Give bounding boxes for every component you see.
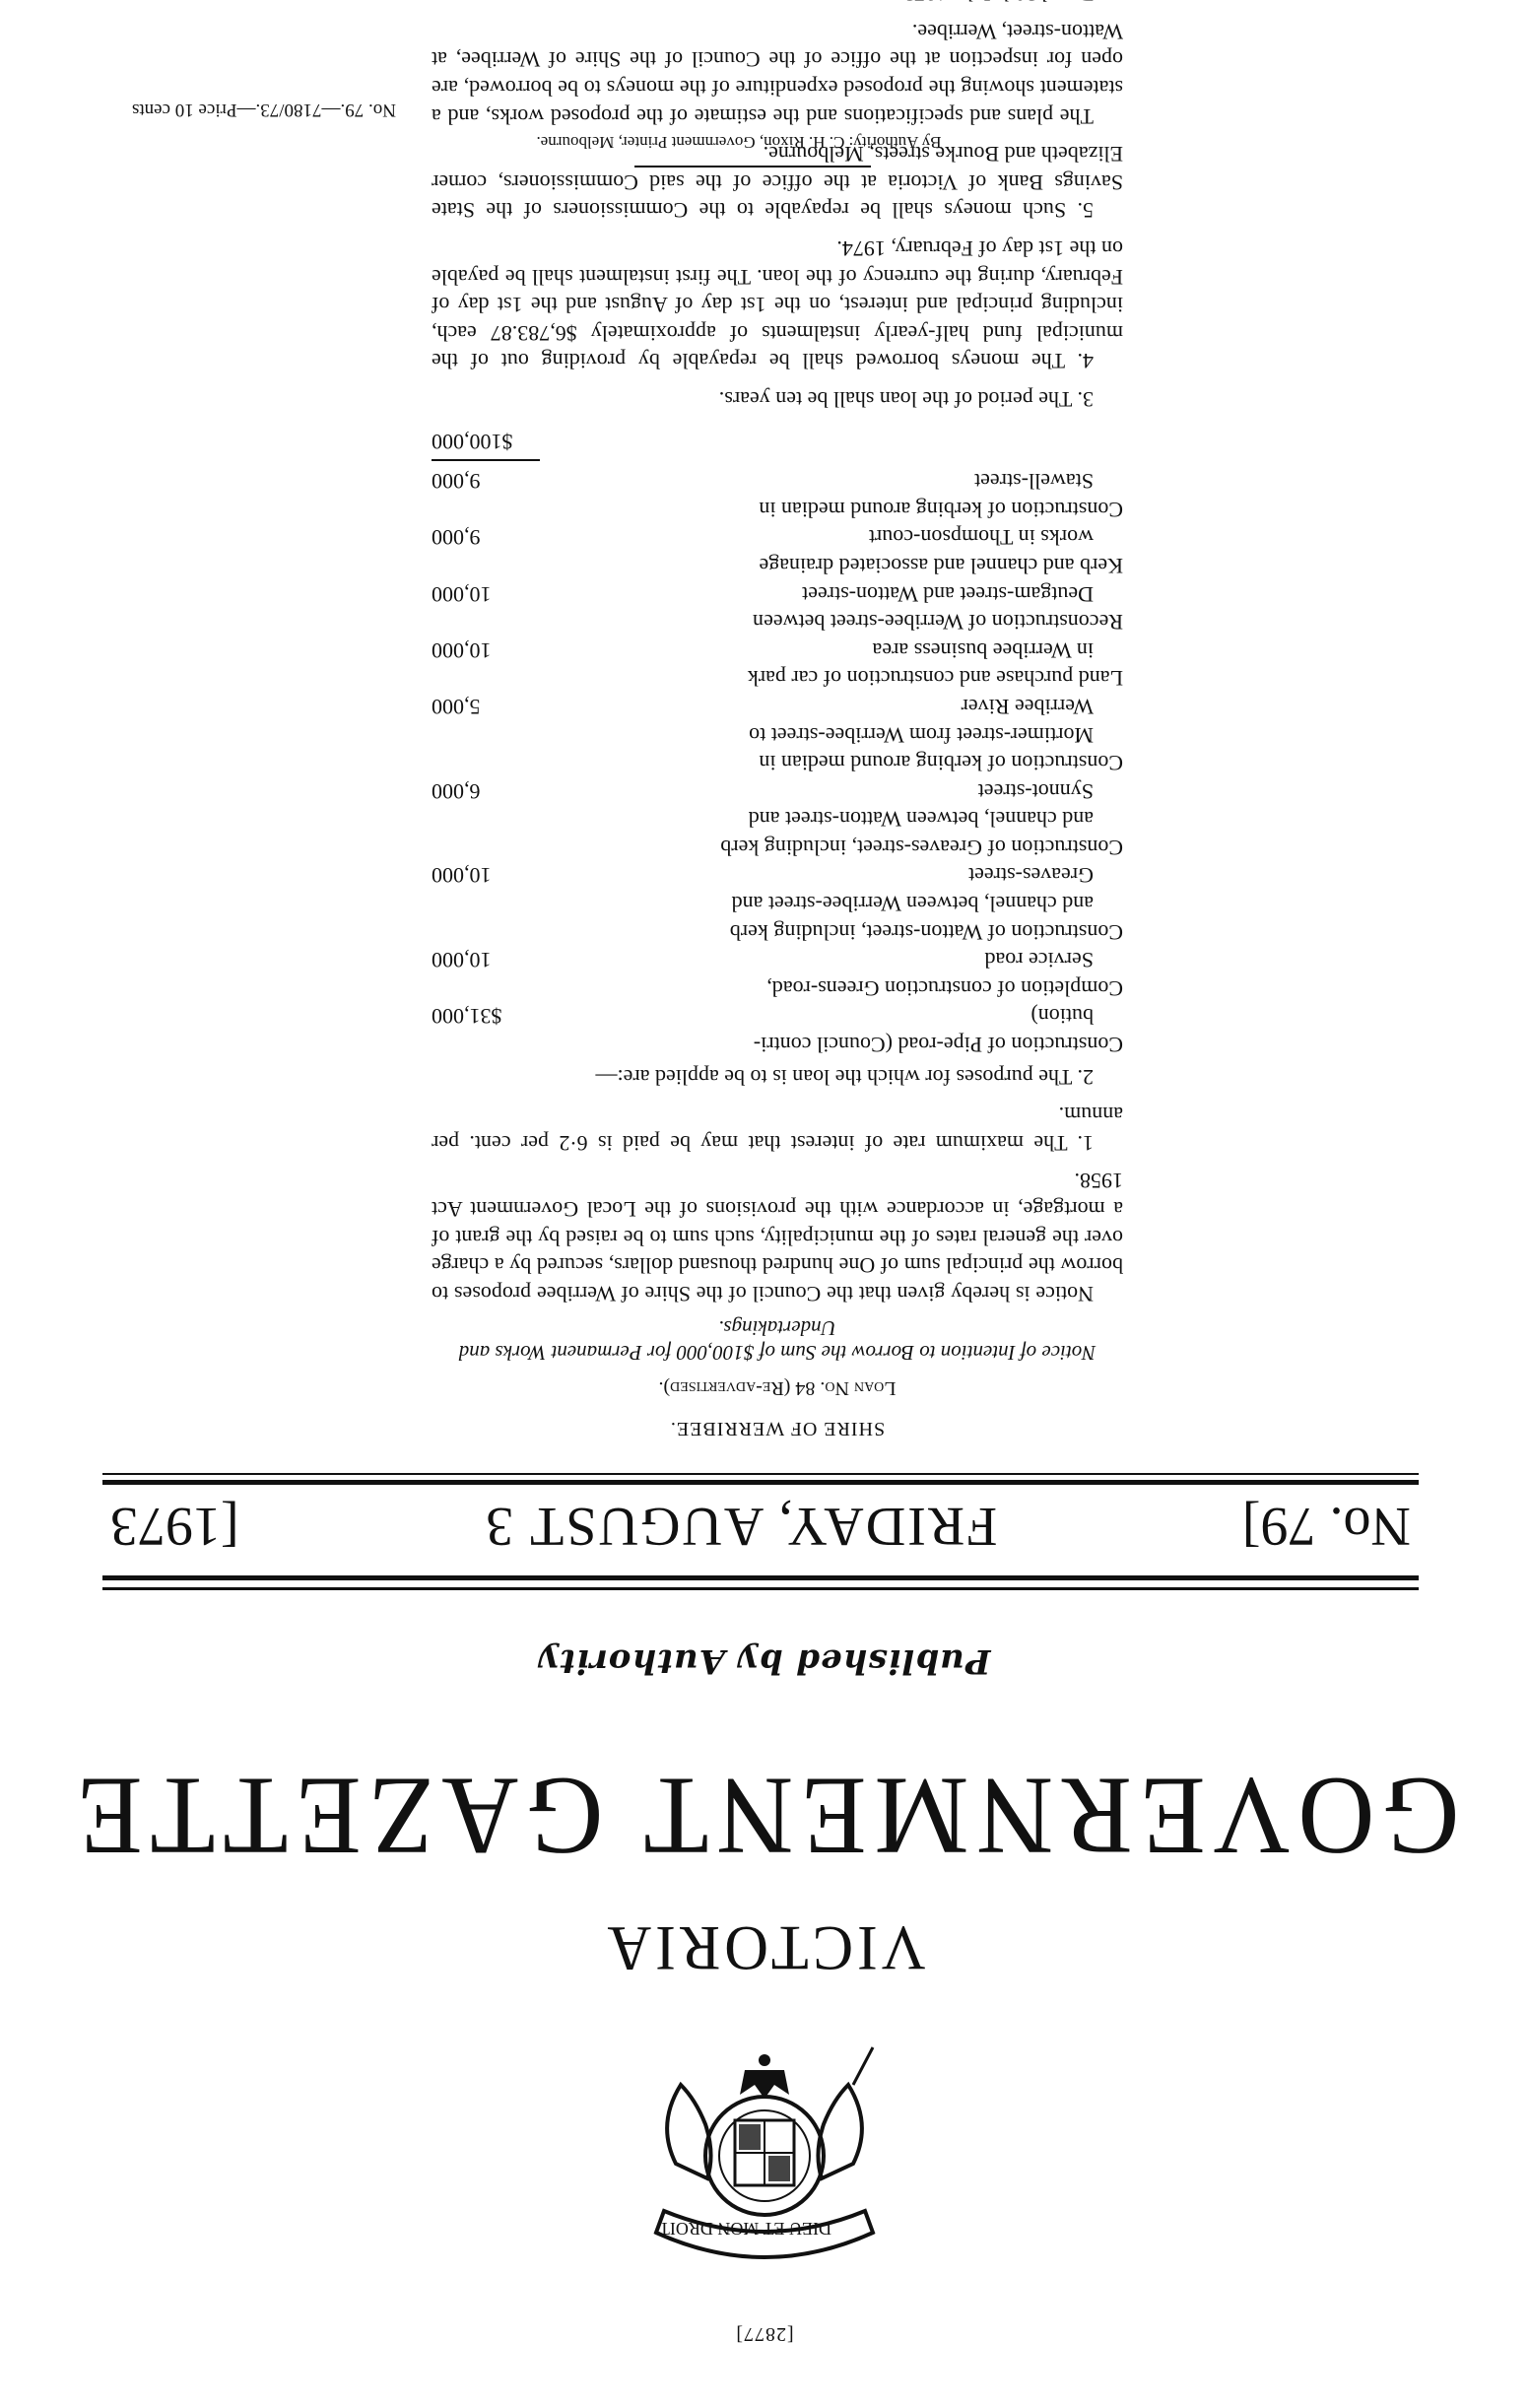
purpose-line: Construction of kerbing around median in: [540, 749, 1123, 777]
purpose-line: Completion of construction Greens-road,: [540, 973, 1123, 1002]
gazette-page: [2877] DIEU ET MON DROIT VICTORIA GOVERN…: [0, 0, 1529, 2408]
purpose-description: Construction of Greaves-street, includin…: [540, 776, 1123, 861]
purpose-amount: 10,000: [432, 635, 540, 664]
purpose-item: Construction of kerbing around median in…: [432, 467, 1123, 523]
purpose-line: Construction of Pipe-road (Council contr…: [540, 1030, 1123, 1058]
purpose-item: Reconstruction of Werribee-street betwee…: [432, 579, 1123, 635]
purpose-line: Service road: [540, 946, 1094, 974]
crest-motto: DIEU ET MON DROIT: [659, 2219, 831, 2239]
purpose-line: Stawell-street: [540, 467, 1094, 496]
purpose-line: and channel, between Watton-street and: [540, 805, 1094, 834]
purpose-item: Kerb and channel and associated drainage…: [432, 523, 1123, 579]
purpose-line: works in Thompson-court: [540, 523, 1094, 552]
purpose-description: Reconstruction of Werribee-street betwee…: [540, 579, 1123, 635]
purpose-amount: 6,000: [432, 776, 540, 805]
clause-1: 1. The maximum rate of interest that may…: [432, 1101, 1123, 1157]
purpose-line: Deutgam-street and Watton-street: [540, 579, 1094, 608]
purpose-amount: 5,000: [432, 692, 540, 720]
page-number: [2877]: [0, 2322, 1529, 2345]
total-row: $100,000: [432, 427, 1123, 461]
masthead-title: GOVERNMENT GAZETTE: [0, 1759, 1529, 1870]
issue-number: No. 79]: [1242, 1495, 1411, 1558]
printer-authority: By Authority: C. H. Rixon, Government Pr…: [355, 132, 1123, 152]
royal-coat-of-arms-icon: DIEU ET MON DROIT: [636, 2045, 893, 2272]
clause-2: 2. The purposes for which the loan is to…: [432, 1062, 1123, 1091]
notice-title: Notice of Intention to Borrow the Sum of…: [432, 1315, 1123, 1365]
notice-column: SHIRE OF WERRIBEE. Loan No. 84 (Re-adver…: [432, 0, 1123, 1442]
purpose-amount: 10,000: [432, 861, 540, 890]
purpose-line: Construction of kerbing around median in: [540, 495, 1123, 523]
purpose-line: in Werribee business area: [540, 635, 1094, 664]
divider-rule: [102, 1480, 1419, 1485]
purpose-item: Construction of Watton-street, including…: [432, 861, 1123, 946]
issue-line: No. 79] FRIDAY, AUGUST 3 [1973: [110, 1492, 1411, 1561]
divider-rule: [102, 1587, 1419, 1590]
notice-heading: SHIRE OF WERRIBEE.: [432, 1414, 1123, 1442]
clause-4: 4. The moneys borrowed shall be repayabl…: [432, 234, 1123, 374]
purpose-line: Construction of Greaves-street, includin…: [540, 833, 1123, 861]
purpose-amount: 10,000: [432, 946, 540, 974]
purpose-line: bution): [540, 1002, 1094, 1031]
purpose-description: Kerb and channel and associated drainage…: [540, 523, 1123, 579]
purpose-line: and channel, between Werribee-street and: [540, 890, 1094, 918]
purpose-description: Construction of kerbing around median in…: [540, 467, 1123, 523]
issue-date: FRIDAY, AUGUST 3: [484, 1495, 997, 1558]
clause-3: 3. The period of the loan shall be ten y…: [432, 384, 1123, 413]
total-amount: $100,000: [432, 427, 540, 461]
purpose-description: Construction of Watton-street, including…: [540, 861, 1123, 946]
purpose-item: Completion of construction Greens-road,S…: [432, 946, 1123, 1002]
loan-line: Loan No. 84 (Re-advertised).: [432, 1374, 1123, 1403]
purpose-amount: 9,000: [432, 467, 540, 496]
divider-rule: [102, 1575, 1419, 1580]
purpose-item: Construction of kerbing around median in…: [432, 692, 1123, 776]
purpose-line: Synnot-street: [540, 776, 1094, 805]
purpose-amount: $31,000: [432, 1002, 540, 1031]
purpose-amount: 10,000: [432, 579, 540, 608]
purpose-line: Greaves-street: [540, 861, 1094, 890]
plans-paragraph: The plans and specifications and the est…: [432, 17, 1123, 129]
purpose-line: Kerb and channel and associated drainage: [540, 551, 1123, 579]
purpose-description: Construction of kerbing around median in…: [540, 692, 1123, 776]
divider-rule: [102, 1473, 1419, 1475]
purpose-line: Land purchase and construction of car pa…: [540, 664, 1123, 693]
purposes-list: Construction of Pipe-road (Council contr…: [432, 467, 1123, 1058]
purpose-line: Reconstruction of Werribee-street betwee…: [540, 608, 1123, 636]
clause-5: 5. Such moneys shall be repayable to the…: [432, 140, 1123, 225]
purpose-item: Land purchase and construction of car pa…: [432, 635, 1123, 692]
issue-year: [1973: [110, 1495, 239, 1558]
footer-rule: [634, 166, 871, 167]
purpose-line: Mortimer-street from Werribee-street to: [540, 720, 1094, 749]
purpose-description: Land purchase and construction of car pa…: [540, 635, 1123, 692]
purpose-amount: 9,000: [432, 523, 540, 552]
dated-line: Dated 30th July, 1973.: [432, 0, 1123, 7]
purpose-item: Construction of Greaves-street, includin…: [432, 776, 1123, 861]
notice-intro: Notice is hereby given that the Council …: [432, 1167, 1123, 1307]
purpose-item: Construction of Pipe-road (Council contr…: [432, 1002, 1123, 1058]
purpose-description: Completion of construction Greens-road,S…: [540, 946, 1123, 1002]
purpose-line: Werribee River: [540, 692, 1094, 720]
masthead-subtitle: Published by Authority: [0, 1641, 1529, 1681]
purpose-description: Construction of Pipe-road (Council contr…: [540, 1002, 1123, 1058]
purpose-line: Construction of Watton-street, including…: [540, 917, 1123, 946]
masthead-state: VICTORIA: [0, 1910, 1529, 1984]
price-line: No. 79.—7180/73.—Price 10 cents: [132, 99, 396, 120]
